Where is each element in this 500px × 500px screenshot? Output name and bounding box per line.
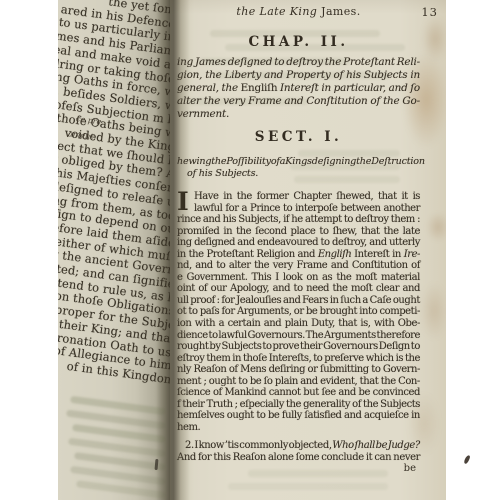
running-header: the Late King James. [177, 5, 420, 18]
text-line: hewingthePoſſibilityofaKingsdeſigningthe… [177, 156, 420, 168]
text-line: 2.Iknow’tiscommonlyobjected,WhoſhallbeJu… [185, 440, 420, 452]
text-line: rinceandhisSubjects,ifheattempttodeſtroy… [177, 214, 420, 226]
left-page-text-column: the yet ſomared in his Defencedly, As to… [58, 0, 170, 500]
text-line: diencetolawfulGovernours.TheArgumentsthe… [177, 330, 420, 342]
book-photo: the yet ſomared in his Defencedly, As to… [58, 0, 446, 500]
text-line: ointofourApology,andtoneedthemoſtclearan… [177, 283, 420, 295]
text-line: ionwithacertainandplainDuty,thatis,withO… [177, 318, 420, 330]
paragraph-2: 2.Iknow’tiscommonlyobjected,WhoſhallbeJu… [177, 440, 420, 463]
ink-speck [463, 455, 470, 465]
text-line: hemſelvesoughttobefullyſatisfiedandacqui… [177, 410, 420, 422]
text-line: altertheveryFrameandConſtitutionoftheGo- [177, 95, 420, 108]
page-number: 13 [421, 5, 438, 19]
section-heading: SECT. I. [177, 129, 420, 145]
text-line: general,theEngliſhIntereſtinparticular,a… [177, 82, 420, 95]
catchword: be [404, 463, 416, 474]
text-line: AndforthisReaſonaloneſomeconcludeitcanne… [177, 452, 420, 464]
text-line: nlyReaſonofMensdeſiringorſubmittingtoGov… [177, 364, 420, 376]
chapter-argument: ingJamesdeſignedtodeſtroytheProteſtantRe… [177, 56, 420, 120]
text-line: gion,theLibertyandPropertyofhisSubjectsi… [177, 69, 420, 82]
body-paragraph: HaveintheformerChapterſhewed,thatitislaw… [177, 191, 420, 433]
text-line: eſtroytheminthoſeIntereſts,topreſervewhi… [177, 353, 420, 365]
text-line: promiſedintheſecondplacetoſhew,thatthela… [177, 226, 420, 238]
stain [420, 282, 446, 340]
text-line: of his Subjects. [187, 168, 420, 180]
showthrough [248, 470, 388, 477]
text-line: roughtbySubjectstoprovetheirGovernoursDe… [177, 341, 420, 353]
text-line: nd,andtoaltertheveryFrameandConſtitution… [177, 260, 420, 272]
text-line: ment;oughttobeſoplainandevident,thattheC… [177, 376, 420, 388]
text-line: lawfulforaPrincetointerpoſebetweenanothe… [194, 203, 420, 215]
stain [426, 212, 446, 242]
chapter-heading: CHAP. II. [177, 34, 420, 50]
left-page: the yet ſomared in his Defencedly, As to… [58, 0, 170, 500]
book-gutter [156, 0, 190, 500]
book-photograph-canvas: { "photo": { "left_page": { "lines": [ "… [0, 0, 500, 500]
section-argument: hewingthePoſſibilityofaKingsdeſigningthe… [177, 156, 420, 180]
text-line: ftheirTruth;eſpeciallythegeneralityofthe… [177, 399, 420, 411]
right-page: the Late King James. CHAP. II. ingJamesd… [170, 0, 446, 500]
text-line: ſcienceofMankindcannotbutſeeandbeconvinc… [177, 387, 420, 399]
text-line: vernment. [177, 108, 420, 121]
text-line: ingdeſignedandendeavouredtodeſtroy,andut… [177, 237, 420, 249]
text-line: ullproof:forJealouſiesandFearsinſuchaCaſ… [177, 295, 420, 307]
text-line: hem. [177, 422, 420, 434]
text-line: HaveintheformerChapterſhewed,thatitis [194, 191, 420, 203]
text-line: ingJamesdeſignedtodeſtroytheProteſtantRe… [177, 56, 420, 69]
text-line: ottopaſsforArguments,orbebroughtintocomp… [177, 306, 420, 318]
stain [422, 16, 446, 62]
text-line: intheProteſtantReligionandEngliſhIntereſ… [177, 249, 420, 261]
text-line: eGovernment.ThisIlookonasthemoſtmaterial [177, 272, 420, 284]
showthrough [228, 483, 388, 490]
